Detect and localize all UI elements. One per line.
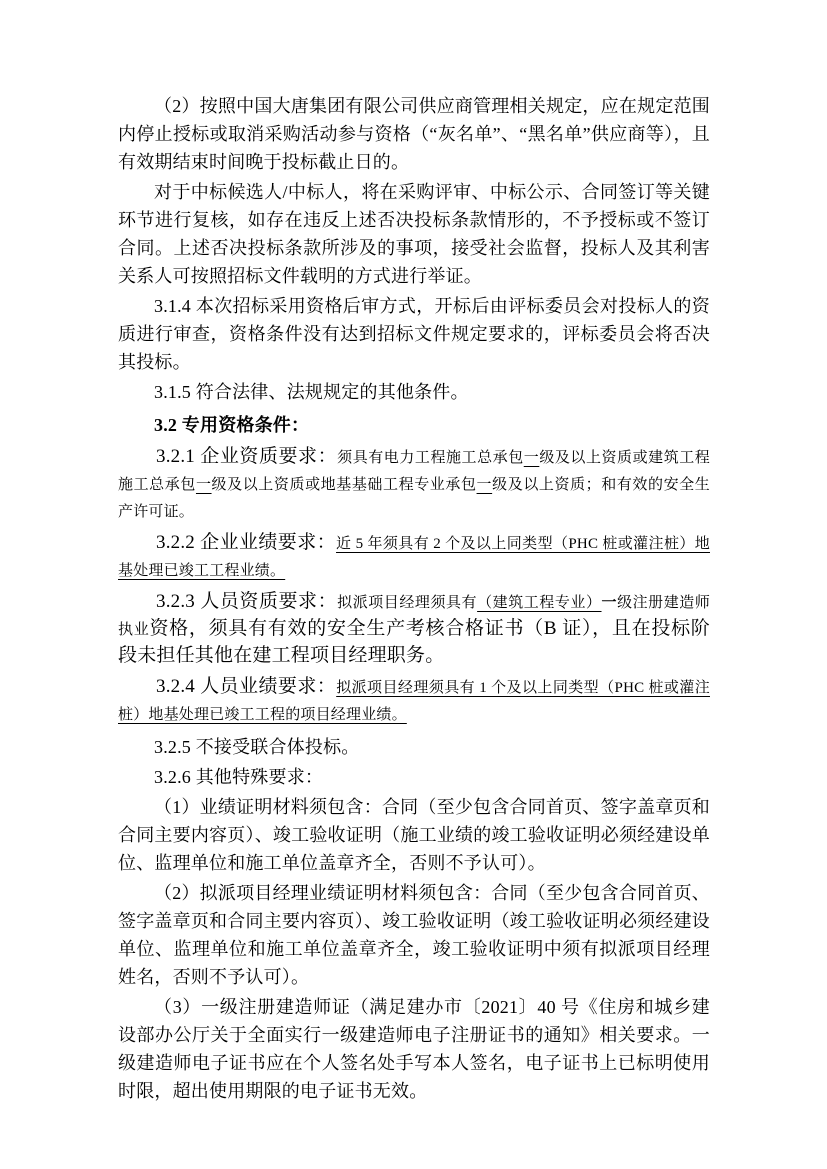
text-run: （2）按照中国大唐集团有限公司供应商管理相关规定，应在规定范围内停止授标或取消采… <box>118 96 710 172</box>
clause-item-3: （3）一级注册建造师证（满足建办市〔2021〕40 号《住房和城乡建设部办公厅关… <box>118 993 710 1105</box>
document-page: （2）按照中国大唐集团有限公司供应商管理相关规定，应在规定范围内停止授标或取消采… <box>0 0 827 1169</box>
text-run: 须具有电力工程施工总承包 <box>337 450 524 466</box>
text-run: 3.2.3 人员资质要求： <box>156 591 337 612</box>
text-run: 拟派项目经理须具有 <box>337 595 477 611</box>
clause-winner-review: 对于中标候选人/中标人，将在采购评审、中标公示、合同签订等关键环节进行复核，如存… <box>118 178 710 290</box>
text-run: 3.2.4 人员业绩要求： <box>156 676 336 697</box>
text-run: （3）一级注册建造师证（满足建办市〔2021〕40 号《住房和城乡建设部办公厅关… <box>118 997 710 1101</box>
text-run: （建筑工程专业） <box>477 595 601 611</box>
heading-3-2: 3.2 专用资格条件： <box>118 411 710 439</box>
clause-3-1-5: 3.1.5 符合法律、法规规定的其他条件。 <box>118 378 710 406</box>
clause-item-2: （2）拟派项目经理业绩证明材料须包含：合同（至少包含合同首页、签字盖章页和合同主… <box>118 879 710 991</box>
text-run: 3.2.1 企业资质要求： <box>156 446 337 467</box>
text-run: （1）业绩证明材料须包含：合同（至少包含合同首页、签字盖章页和合同主要内容页）、… <box>118 797 710 873</box>
clause-3-2-6: 3.2.6 其他特殊要求： <box>118 763 710 791</box>
text-run: 对于中标候选人/中标人，将在采购评审、中标公示、合同签订等关键环节进行复核，如存… <box>118 182 710 286</box>
text-run: 3.1.5 符合法律、法规规定的其他条件。 <box>154 382 469 402</box>
clause-3-2-3: 3.2.3 人员资质要求：拟派项目经理须具有（建筑工程专业）一级注册建造师执业资… <box>118 589 710 669</box>
text-run: 资格，须具有有效的安全生产考核合格证书（B 证），且在投标阶段未担任其他在建工程… <box>118 618 710 666</box>
text-run: 一 <box>602 595 618 611</box>
clause-3-1-4: 3.1.4 本次招标采用资格后审方式，开标后由评标委员会对投标人的资质进行审查，… <box>118 292 710 376</box>
clause-2-supplier-management: （2）按照中国大唐集团有限公司供应商管理相关规定，应在规定范围内停止授标或取消采… <box>118 92 710 176</box>
text-run: 级及以上资质或地基基础工程专业承包 <box>212 477 477 493</box>
text-run: 3.2.2 企业业绩要求： <box>156 532 336 553</box>
text-run: 一 <box>196 477 212 493</box>
text-run: 一 <box>524 450 540 466</box>
clause-3-2-2: 3.2.2 企业业绩要求：近 5 年须具有 2 个及以上同类型（PHC 桩或灌注… <box>118 530 710 584</box>
clause-3-2-4: 3.2.4 人员业绩要求：拟派项目经理须具有 1 个及以上同类型（PHC 桩或灌… <box>118 674 710 728</box>
clause-item-1: （1）业绩证明材料须包含：合同（至少包含合同首页、签字盖章页和合同主要内容页）、… <box>118 793 710 877</box>
text-run: 一 <box>477 477 493 493</box>
clause-3-2-5: 3.2.5 不接受联合体投标。 <box>118 733 710 761</box>
text-run: 3.1.4 本次招标采用资格后审方式，开标后由评标委员会对投标人的资质进行审查，… <box>118 296 710 372</box>
text-run: 3.2.5 不接受联合体投标。 <box>154 737 360 757</box>
text-run: 3.2 专用资格条件： <box>154 415 309 435</box>
clause-3-2-1: 3.2.1 企业资质要求：须具有电力工程施工总承包一级及以上资质或建筑工程施工总… <box>118 444 710 525</box>
text-run: 3.2.6 其他特殊要求： <box>154 767 323 787</box>
text-run: （2）拟派项目经理业绩证明材料须包含：合同（至少包含合同首页、签字盖章页和合同主… <box>118 883 710 987</box>
